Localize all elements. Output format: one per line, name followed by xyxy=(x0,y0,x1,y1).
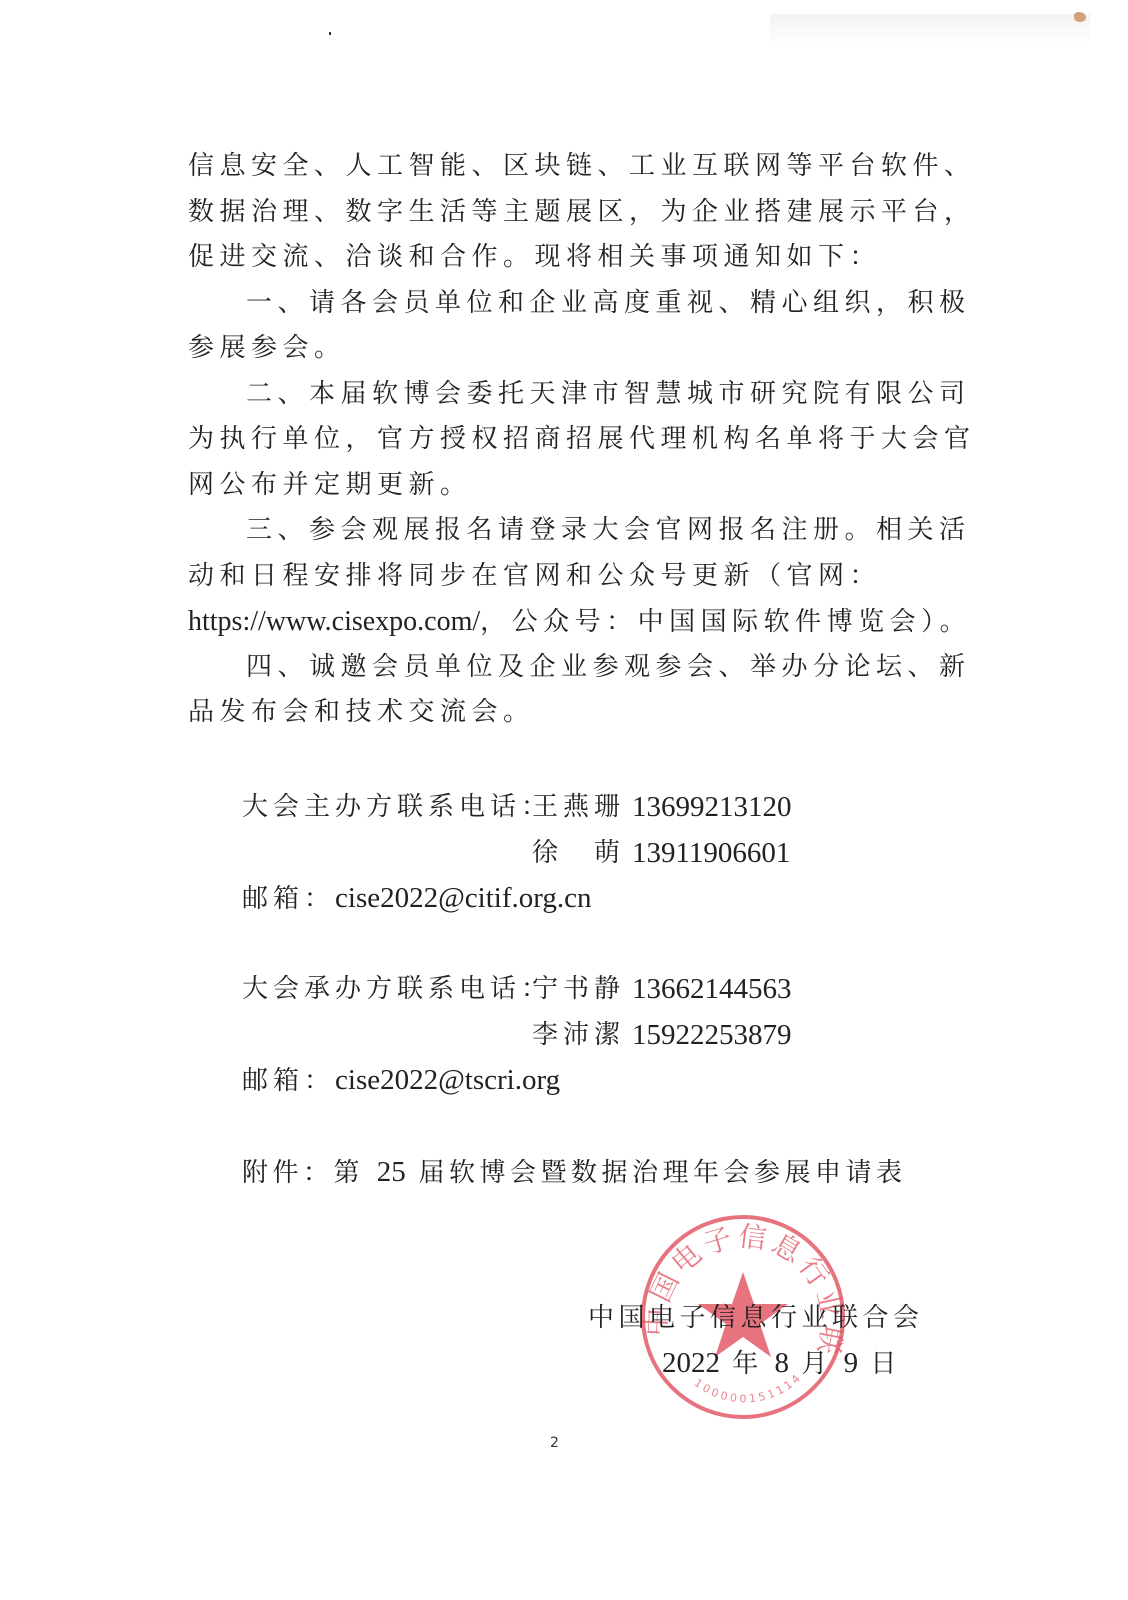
date-month: 8 xyxy=(775,1347,790,1379)
item-3: 三、参会观展报名请登录大会官网报名注册。相关活 xyxy=(188,508,918,554)
body-line: 动和日程安排将同步在官网和公众号更新（官网： xyxy=(188,554,918,600)
contact-phone: 13911906601 xyxy=(632,831,790,877)
contact-row: 大会承办方联系电话： 宁书静 13662144563 xyxy=(242,967,902,1013)
date-month-unit: 月 xyxy=(801,1349,831,1379)
contact-row: 徐 萌 13911906601 xyxy=(242,831,902,877)
body-line: 信息安全、人工智能、区块链、工业互联网等平台软件、 xyxy=(188,144,918,190)
contact-phone: 13662144563 xyxy=(632,967,792,1013)
email-link[interactable]: cise2022@tscri.org xyxy=(335,1064,560,1096)
attachment-note: 附件：第 25 届软博会暨数据治理年会参展申请表 xyxy=(242,1152,907,1189)
body-line-text: ，公众号：中国国际软件博览会）。 xyxy=(480,607,971,637)
body-line: 数据治理、数字生活等主题展区，为企业搭建展示平台， xyxy=(188,190,918,236)
date-day-unit: 日 xyxy=(870,1349,900,1379)
attachment-prefix: 附件：第 xyxy=(242,1158,364,1188)
undertaker-label: 大会承办方联系电话： xyxy=(242,974,552,1004)
scan-artifact xyxy=(770,14,1090,44)
date-day: 9 xyxy=(844,1347,859,1379)
attachment-title[interactable]: 届软博会暨数据治理年会参展申请表 xyxy=(419,1158,907,1188)
body-line: 品发布会和技术交流会。 xyxy=(188,690,918,736)
body-line: 促进交流、洽谈和合作。现将相关事项通知如下： xyxy=(188,235,918,281)
email-label: 邮箱： xyxy=(242,884,335,914)
contact-name: 王燕珊 xyxy=(532,785,625,831)
organizer-contact: 大会主办方联系电话： 王燕珊 13699213120 徐 萌 139119066… xyxy=(242,785,902,922)
contact-phone: 15922253879 xyxy=(632,1013,792,1059)
page-number: 2 xyxy=(550,1435,559,1451)
scan-dot xyxy=(329,32,331,35)
item-4: 四、诚邀会员单位及企业参观参会、举办分论坛、新 xyxy=(188,645,918,691)
contact-name: 宁书静 xyxy=(532,967,625,1013)
body-line: 网公布并定期更新。 xyxy=(188,463,918,509)
contact-name: 李沛潔 xyxy=(532,1013,625,1059)
undertaker-contact: 大会承办方联系电话： 宁书静 13662144563 李沛潔 159222538… xyxy=(242,967,902,1104)
item-2: 二、本届软博会委托天津市智慧城市研究院有限公司 xyxy=(188,372,918,418)
contact-name: 徐 萌 xyxy=(532,831,625,877)
contact-row: 大会主办方联系电话： 王燕珊 13699213120 xyxy=(242,785,902,831)
email-row: 邮箱：cise2022@citif.org.cn xyxy=(242,876,902,922)
signature-date: 2022 年 8 月 9 日 xyxy=(662,1343,900,1380)
website-link[interactable]: https://www.cisexpo.com/ xyxy=(188,606,480,637)
email-label: 邮箱： xyxy=(242,1066,335,1096)
scan-stain xyxy=(1074,12,1086,22)
organizer-label: 大会主办方联系电话： xyxy=(242,792,552,822)
attachment-number: 25 xyxy=(377,1156,406,1188)
date-year-unit: 年 xyxy=(732,1349,762,1379)
contact-row: 李沛潔 15922253879 xyxy=(242,1013,902,1059)
signature-organization: 中国电子信息行业联合会 xyxy=(588,1297,924,1334)
body-line: 参展参会。 xyxy=(188,326,918,372)
email-link[interactable]: cise2022@citif.org.cn xyxy=(335,882,592,914)
body-line-url: https://www.cisexpo.com/，公众号：中国国际软件博览会）。 xyxy=(188,599,918,645)
email-row: 邮箱：cise2022@tscri.org xyxy=(242,1058,902,1104)
date-year: 2022 xyxy=(662,1347,720,1379)
document-body: 信息安全、人工智能、区块链、工业互联网等平台软件、 数据治理、数字生活等主题展区… xyxy=(188,144,918,736)
body-line: 为执行单位，官方授权招商招展代理机构名单将于大会官 xyxy=(188,417,918,463)
item-1: 一、请各会员单位和企业高度重视、精心组织，积极 xyxy=(188,281,918,327)
contact-phone: 13699213120 xyxy=(632,785,792,831)
